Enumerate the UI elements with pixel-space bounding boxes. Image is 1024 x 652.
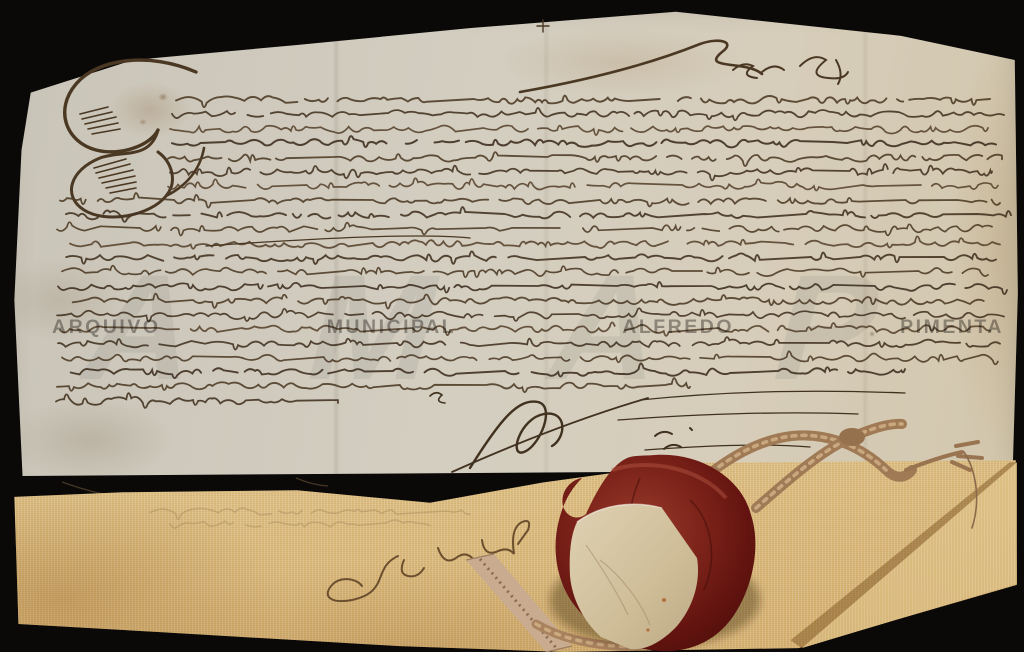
manuscript-line [150, 508, 470, 519]
seal-and-cords-layer [0, 0, 1024, 652]
plica-ghost-ink [150, 508, 470, 528]
cord-knot [839, 428, 865, 446]
photo-stage: A M A P ARQUIVO MUNICIPAL ALFREDO PIMENT… [0, 0, 1024, 652]
manuscript-line [170, 520, 430, 528]
hanging-thread [964, 452, 977, 528]
